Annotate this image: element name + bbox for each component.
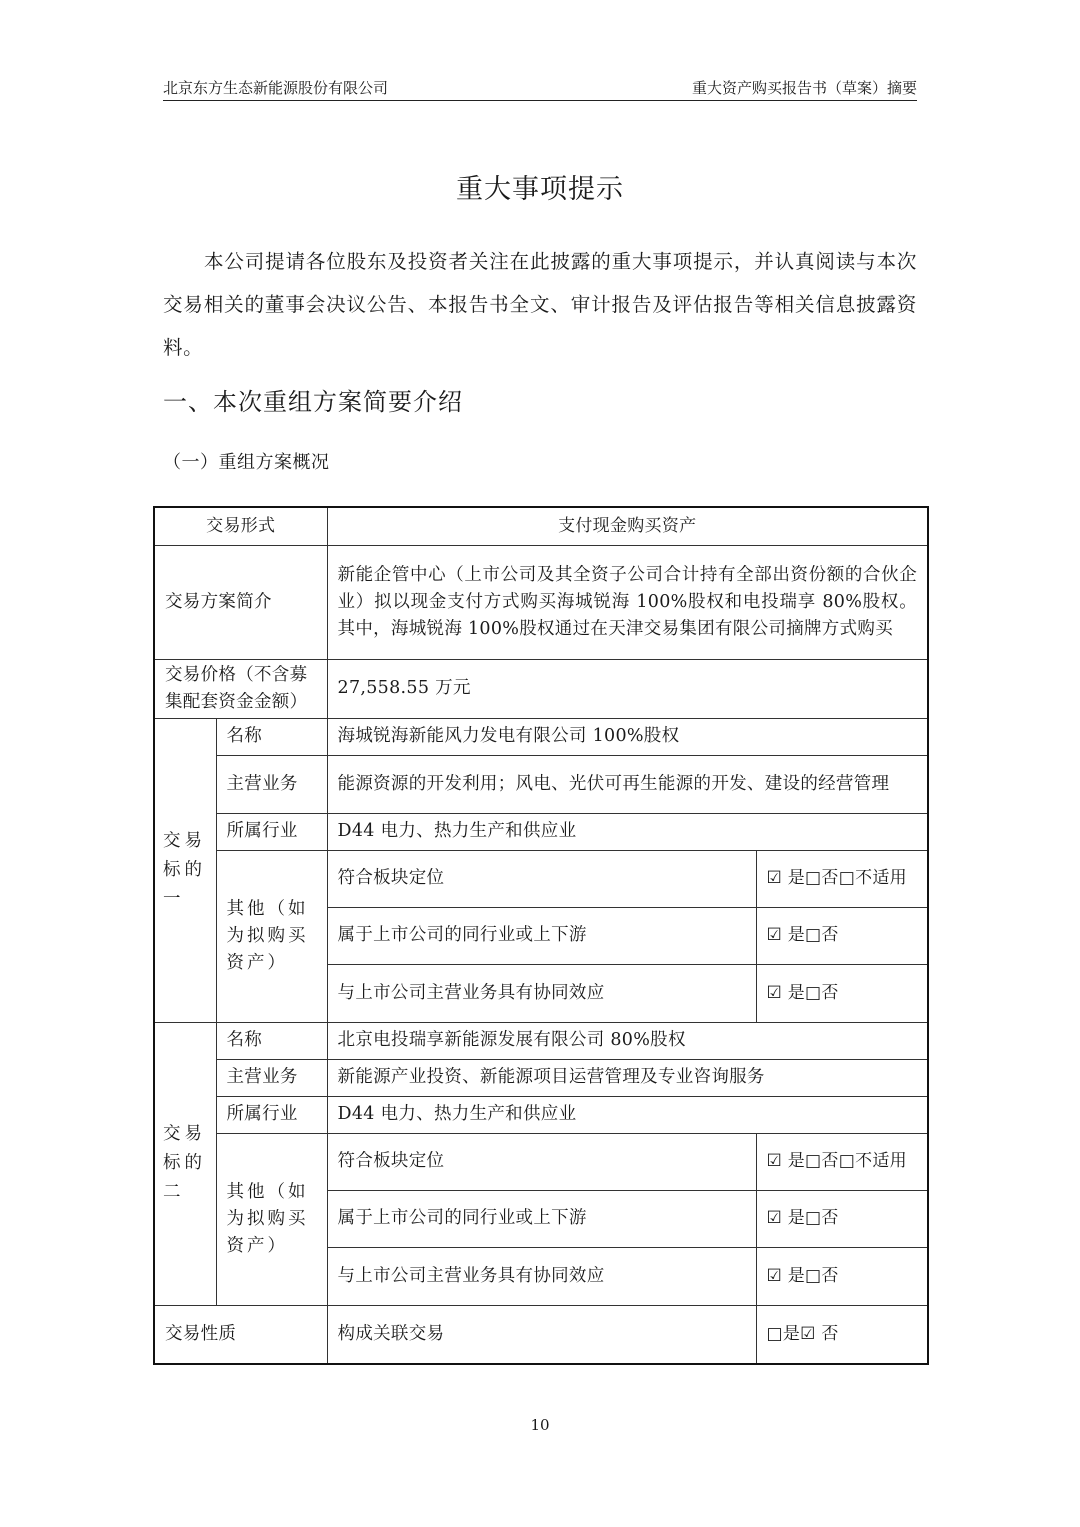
target-2-check-item: 符合板块定位 (327, 1133, 756, 1190)
price-label: 交易价格（不含募集配套资金金额） (154, 659, 327, 718)
target-1-name: 海城锐海新能风力发电有限公司 100%股权 (327, 718, 928, 755)
header-value-cell: 支付现金购买资产 (327, 507, 928, 545)
nature-value: □是☑ 否 (756, 1305, 928, 1364)
target-2-group-label: 交易标的二 (154, 1022, 216, 1305)
page-number: 10 (0, 1416, 1080, 1434)
table-row: 主营业务 能源资源的开发利用；风电、光伏可再生能源的开发、建设的经营管理 (154, 755, 928, 813)
target-2-check-value: ☑ 是□否□不适用 (756, 1133, 928, 1190)
restructuring-summary-table: 交易形式 支付现金购买资产 交易方案简介 新能企管中心（上市公司及其全资子公司合… (153, 506, 929, 1365)
section-heading-1: 一、本次重组方案简要介绍 (163, 384, 463, 420)
table-row: 交易标的一 名称 海城锐海新能风力发电有限公司 100%股权 (154, 718, 928, 755)
page-header: 北京东方生态新能源股份有限公司 重大资产购买报告书（草案）摘要 (163, 78, 917, 101)
page-title: 重大事项提示 (0, 170, 1080, 210)
summary-label: 交易方案简介 (154, 545, 327, 659)
nature-label: 交易性质 (154, 1305, 327, 1364)
target-1-group-label: 交易标的一 (154, 718, 216, 1022)
target-2-check-value: ☑ 是□否 (756, 1247, 928, 1305)
header-label-cell: 交易形式 (154, 507, 327, 545)
nature-item: 构成关联交易 (327, 1305, 756, 1364)
target-1-name-label: 名称 (216, 718, 327, 755)
target-2-business-label: 主营业务 (216, 1059, 327, 1096)
target-1-industry: D44 电力、热力生产和供应业 (327, 813, 928, 850)
target-2-check-item: 属于上市公司的同行业或上下游 (327, 1190, 756, 1247)
target-1-check-value: ☑ 是□否□不适用 (756, 850, 928, 907)
target-1-check-value: ☑ 是□否 (756, 964, 928, 1022)
table-row: 其他（如为拟购买资产） 符合板块定位 ☑ 是□否□不适用 (154, 1133, 928, 1190)
table-row: 主营业务 新能源产业投资、新能源项目运营管理及专业咨询服务 (154, 1059, 928, 1096)
table-header-row: 交易形式 支付现金购买资产 (154, 507, 928, 545)
target-2-check-value: ☑ 是□否 (756, 1190, 928, 1247)
target-1-check-item: 与上市公司主营业务具有协同效应 (327, 964, 756, 1022)
table-row: 交易标的二 名称 北京电投瑞享新能源发展有限公司 80%股权 (154, 1022, 928, 1059)
target-1-check-item: 属于上市公司的同行业或上下游 (327, 907, 756, 964)
table-row: 其他（如为拟购买资产） 符合板块定位 ☑ 是□否□不适用 (154, 850, 928, 907)
header-company: 北京东方生态新能源股份有限公司 (163, 78, 388, 100)
target-1-industry-label: 所属行业 (216, 813, 327, 850)
table-row: 所属行业 D44 电力、热力生产和供应业 (154, 1096, 928, 1133)
price-value: 27,558.55 万元 (327, 659, 928, 718)
table-row: 交易方案简介 新能企管中心（上市公司及其全资子公司合计持有全部出资份额的合伙企业… (154, 545, 928, 659)
header-doc-title: 重大资产购买报告书（草案）摘要 (692, 78, 917, 100)
subsection-heading-1: （一）重组方案概况 (163, 448, 330, 478)
intro-paragraph: 本公司提请各位股东及投资者关注在此披露的重大事项提示，并认真阅读与本次交易相关的… (163, 240, 917, 369)
target-1-business-label: 主营业务 (216, 755, 327, 813)
target-2-name: 北京电投瑞享新能源发展有限公司 80%股权 (327, 1022, 928, 1059)
target-2-other-label: 其他（如为拟购买资产） (216, 1133, 327, 1305)
target-2-check-item: 与上市公司主营业务具有协同效应 (327, 1247, 756, 1305)
table-row: 所属行业 D44 电力、热力生产和供应业 (154, 813, 928, 850)
target-2-business: 新能源产业投资、新能源项目运营管理及专业咨询服务 (327, 1059, 928, 1096)
target-1-check-item: 符合板块定位 (327, 850, 756, 907)
target-2-industry: D44 电力、热力生产和供应业 (327, 1096, 928, 1133)
table-row: 交易性质 构成关联交易 □是☑ 否 (154, 1305, 928, 1364)
target-2-industry-label: 所属行业 (216, 1096, 327, 1133)
target-2-name-label: 名称 (216, 1022, 327, 1059)
summary-value: 新能企管中心（上市公司及其全资子公司合计持有全部出资份额的合伙企业）拟以现金支付… (327, 545, 928, 659)
target-1-business: 能源资源的开发利用；风电、光伏可再生能源的开发、建设的经营管理 (327, 755, 928, 813)
target-1-check-value: ☑ 是□否 (756, 907, 928, 964)
table-row: 交易价格（不含募集配套资金金额） 27,558.55 万元 (154, 659, 928, 718)
target-1-other-label: 其他（如为拟购买资产） (216, 850, 327, 1022)
